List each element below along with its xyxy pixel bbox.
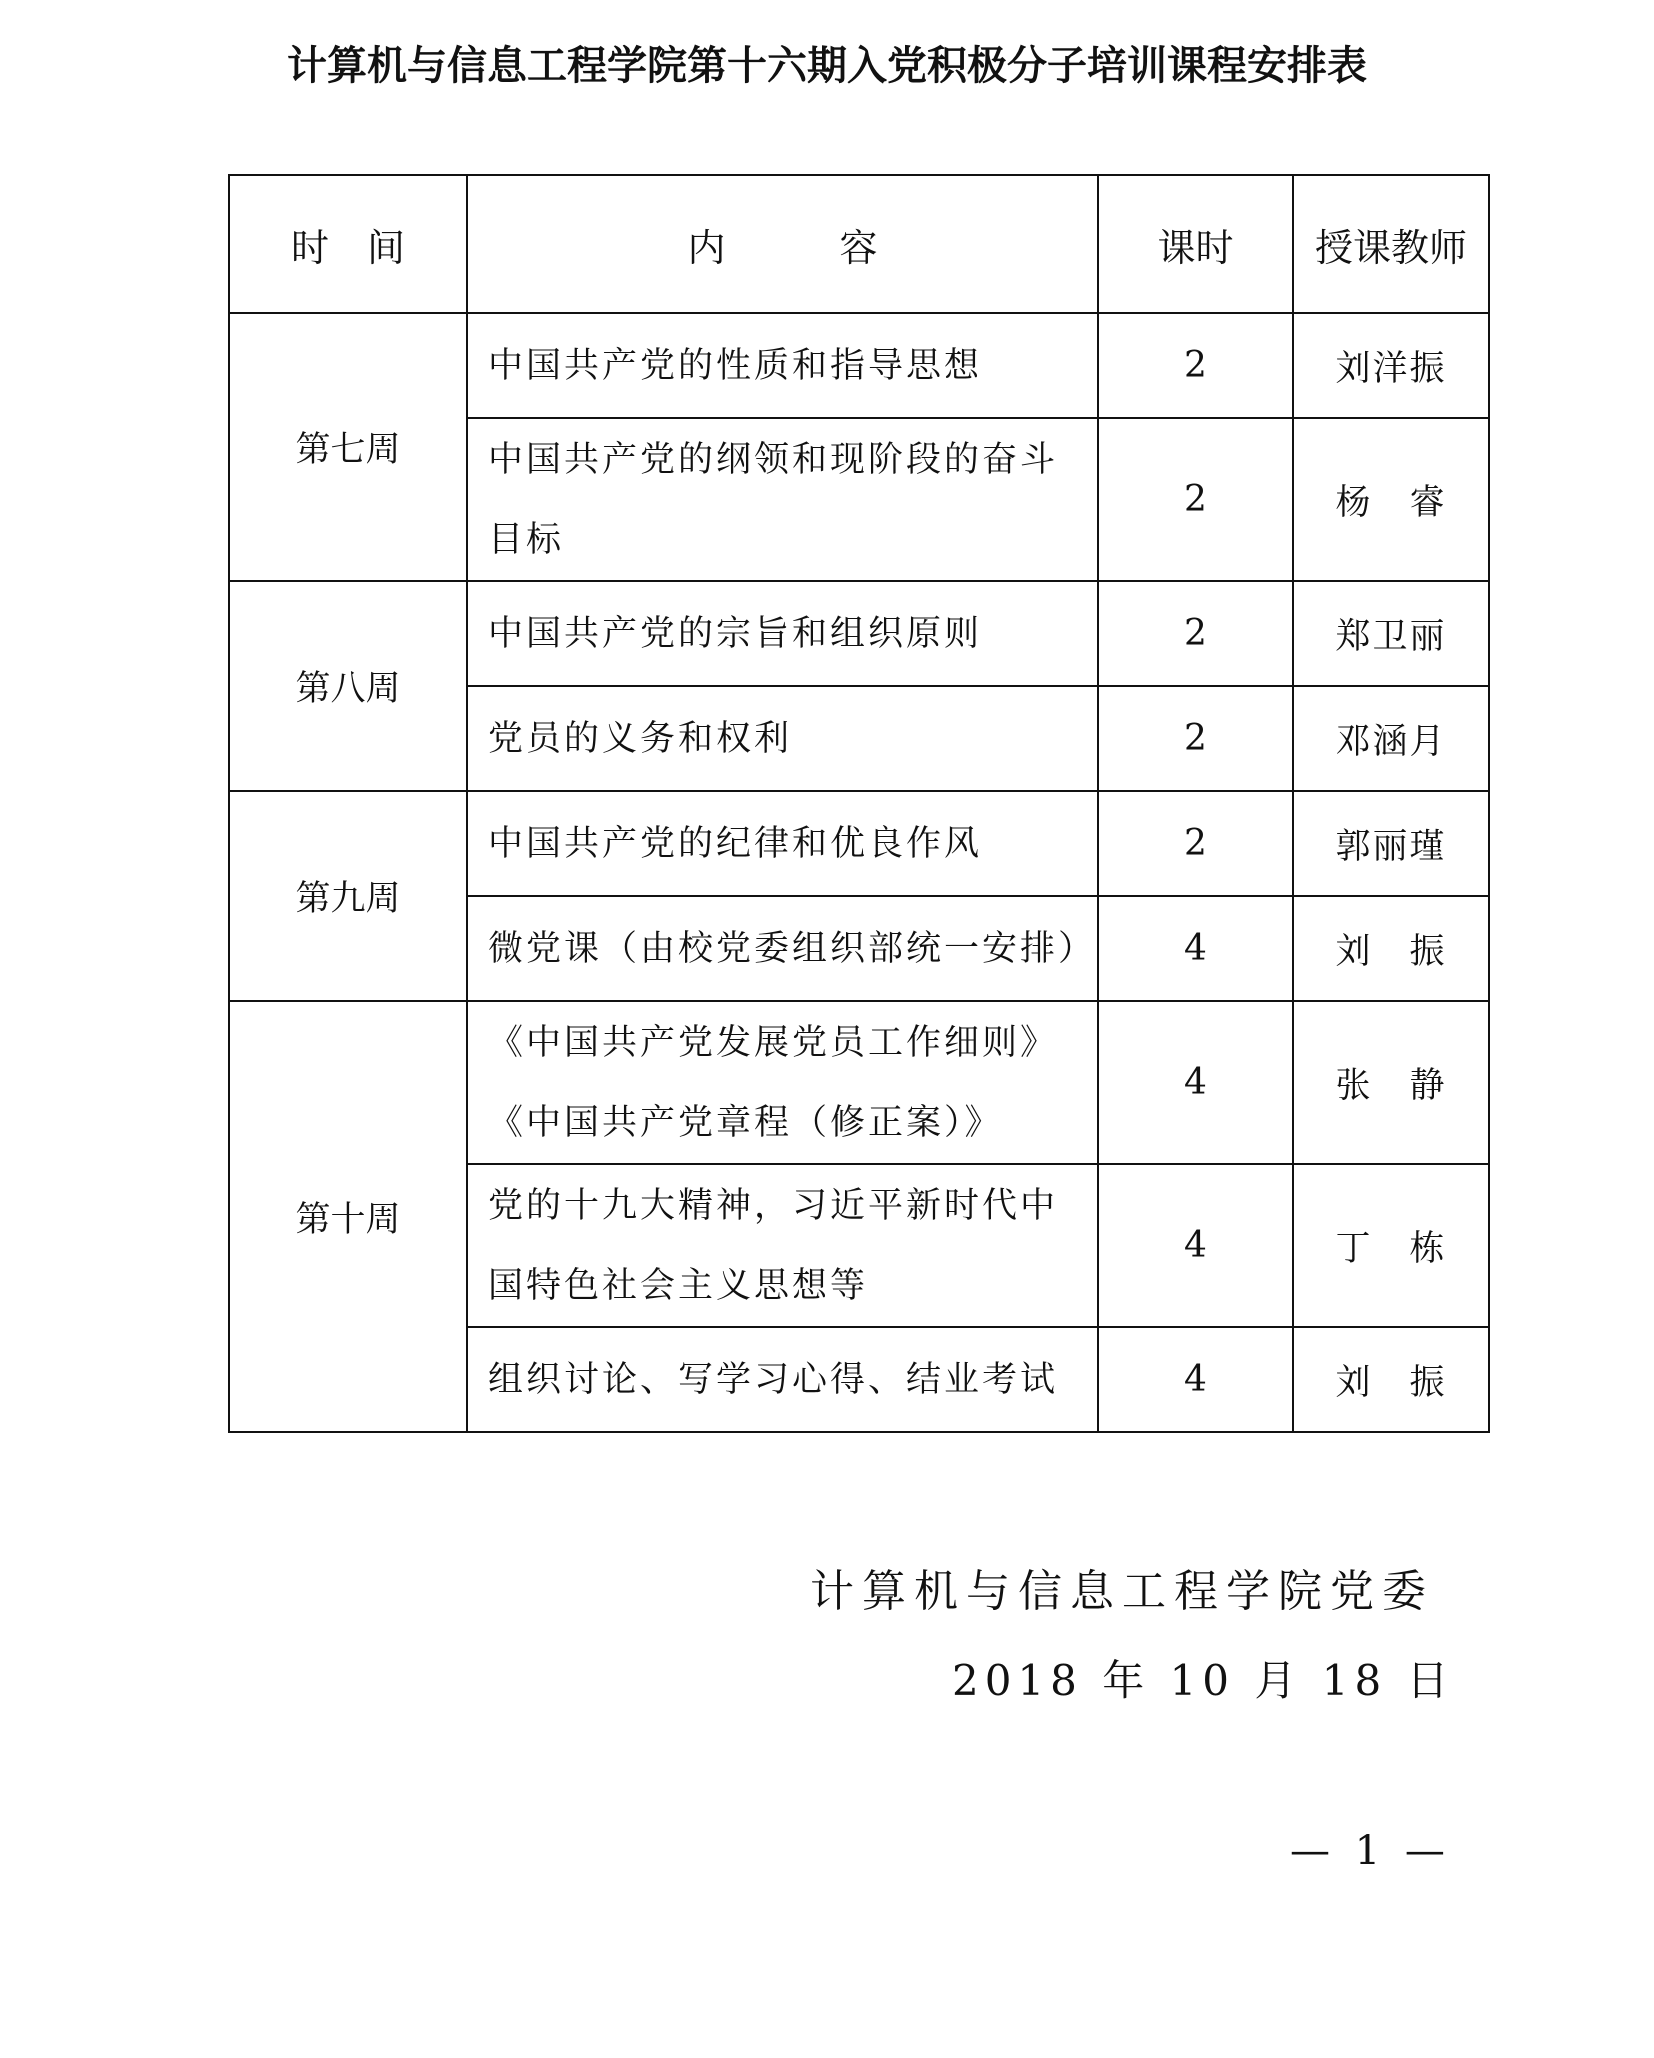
hours-cell: 2 bbox=[1098, 791, 1293, 896]
content-cell: 党员的义务和权利 bbox=[467, 686, 1098, 791]
document-title: 计算机与信息工程学院第十六期入党积极分子培训课程安排表 bbox=[0, 34, 1654, 91]
hours-cell: 2 bbox=[1098, 313, 1293, 418]
content-cell: 中国共产党的纪律和优良作风 bbox=[467, 791, 1098, 896]
teacher-cell: 刘 振 bbox=[1293, 896, 1489, 1001]
hours-cell: 4 bbox=[1098, 896, 1293, 1001]
content-cell: 组织讨论、写学习心得、结业考试 bbox=[467, 1327, 1098, 1432]
content-cell: 中国共产党的纲领和现阶段的奋斗目标 bbox=[467, 418, 1098, 581]
page-number: — 1 — bbox=[1290, 1828, 1451, 1874]
signature-organization: 计算机与信息工程学院党委 bbox=[810, 1555, 1434, 1619]
content-cell: 中国共产党的性质和指导思想 bbox=[467, 313, 1098, 418]
teacher-cell: 刘 振 bbox=[1293, 1327, 1489, 1432]
teacher-cell: 刘洋振 bbox=[1293, 313, 1489, 418]
header-hours: 课时 bbox=[1098, 175, 1293, 313]
teacher-cell: 丁 栋 bbox=[1293, 1164, 1489, 1327]
header-teacher: 授课教师 bbox=[1293, 175, 1489, 313]
table-row: 第七周 中国共产党的性质和指导思想 2 刘洋振 bbox=[229, 313, 1489, 418]
week-cell: 第七周 bbox=[229, 313, 467, 581]
hours-cell: 4 bbox=[1098, 1001, 1293, 1164]
table-row: 第十周 《中国共产党发展党员工作细则》《中国共产党章程（修正案）》 4 张 静 bbox=[229, 1001, 1489, 1164]
teacher-cell: 杨 睿 bbox=[1293, 418, 1489, 581]
content-cell: 中国共产党的宗旨和组织原则 bbox=[467, 581, 1098, 686]
content-cell: 微党课（由校党委组织部统一安排） bbox=[467, 896, 1098, 1001]
week-cell: 第十周 bbox=[229, 1001, 467, 1432]
hours-cell: 2 bbox=[1098, 686, 1293, 791]
table-header-row: 时 间 内 容 课时 授课教师 bbox=[229, 175, 1489, 313]
teacher-cell: 郑卫丽 bbox=[1293, 581, 1489, 686]
week-cell: 第八周 bbox=[229, 581, 467, 791]
hours-cell: 2 bbox=[1098, 418, 1293, 581]
hours-cell: 4 bbox=[1098, 1164, 1293, 1327]
teacher-cell: 邓涵月 bbox=[1293, 686, 1489, 791]
teacher-cell: 张 静 bbox=[1293, 1001, 1489, 1164]
teacher-cell: 郭丽瑾 bbox=[1293, 791, 1489, 896]
content-cell: 《中国共产党发展党员工作细则》《中国共产党章程（修正案）》 bbox=[467, 1001, 1098, 1164]
content-cell: 党的十九大精神，习近平新时代中国特色社会主义思想等 bbox=[467, 1164, 1098, 1327]
hours-cell: 2 bbox=[1098, 581, 1293, 686]
hours-cell: 4 bbox=[1098, 1327, 1293, 1432]
week-cell: 第九周 bbox=[229, 791, 467, 1001]
course-schedule-table: 时 间 内 容 课时 授课教师 第七周 中国共产党的性质和指导思想 2 刘洋振 … bbox=[228, 174, 1490, 1433]
table-row: 第八周 中国共产党的宗旨和组织原则 2 郑卫丽 bbox=[229, 581, 1489, 686]
signature-date: 2018 年 10 月 18 日 bbox=[952, 1648, 1455, 1708]
header-time: 时 间 bbox=[229, 175, 467, 313]
table-row: 第九周 中国共产党的纪律和优良作风 2 郭丽瑾 bbox=[229, 791, 1489, 896]
header-content: 内 容 bbox=[467, 175, 1098, 313]
